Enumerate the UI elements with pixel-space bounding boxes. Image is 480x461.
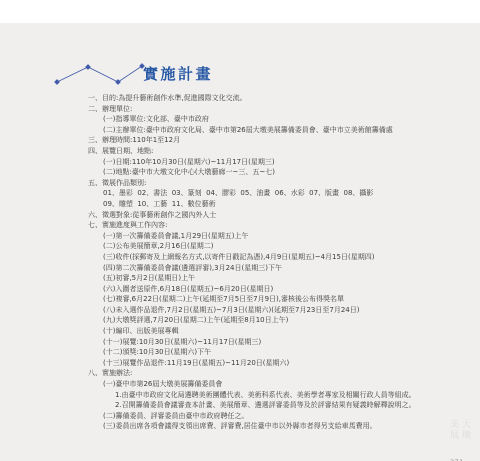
document-line: (十一)展覽:10月30日(星期六)~11月17日(星期三) — [88, 337, 436, 348]
document-line: 二、辦理單位: — [88, 104, 436, 115]
scanned-page: 實施計畫 一、目的:為提升藝術創作水準,促進國際文化交流。二、辦理單位:(一)指… — [0, 23, 480, 461]
zigzag-decoration-icon — [52, 61, 147, 89]
document-line: 四、展覽日期、地點: — [88, 146, 436, 157]
document-line: 七、實施進度與工作內容: — [88, 220, 436, 231]
document-line: 五、徵展作品類別: — [88, 178, 436, 189]
document-line: (七)複審,6月22日(星期二)上午(延期至7月5日至7月9日),審核後公布得獎… — [88, 294, 436, 305]
document-line: (二)地點:臺中市大墩文化中心(大墩藝廊一~三、五~七) — [88, 167, 436, 178]
document-line: (八)未入選作品退件,7月2日(星期五)~7月3日(星期六)(延期至7月23日至… — [88, 305, 436, 316]
document-line: 09、雕塑 10、工藝 11、數位藝術 — [88, 199, 436, 210]
document-line: 三、辦理時間:110年1至12月 — [88, 135, 436, 146]
document-line: 2.召開籌備委員會議審查本計畫、美展簡章、遴選評審委員等及於評審結果有疑義時解釋… — [88, 400, 436, 411]
document-line: (二)主辦單位:臺中市政府文化局、臺中市第26屆大墩美展籌備委員會、臺中市立美術… — [88, 125, 436, 136]
document-line: (十)編印、出版美展專輯 — [88, 326, 436, 337]
document-line: (十二)頒獎:10月30日(星期六)下午 — [88, 347, 436, 358]
document-line: 1.由臺中市政府文化局遴聘美術團體代表、美術科系代表、美術學者專家及相關行政人員… — [88, 390, 436, 401]
document-line: (六)入圍者送原件,6月18日(星期五)~6月20日(星期日) — [88, 284, 436, 295]
document-line: (二)籌備委員、評審委員由臺中市政府聘任之。 — [88, 411, 436, 422]
document-line: (二)公布美展簡章,2月16日(星期二) — [88, 241, 436, 252]
document-line: (一)第一次籌備委員會議,1月29日(星期五)上午 — [88, 231, 436, 242]
document-line: (三)收件(採郵寄及上網報名方式,以寄件日戳記為憑),4月9日(星期五)~4月1… — [88, 252, 436, 263]
document-line: (三)委員出席各項會議得支領出席費、評審費,居住臺中市以外縣市者得另支給車馬費用… — [88, 421, 436, 432]
document-line: (一)日期:110年10月30日(星期六)~11月17日(星期三) — [88, 157, 436, 168]
document-line: 一、目的:為提升藝術創作水準,促進國際文化交流。 — [88, 93, 436, 104]
watermark-stamp: 大墩美展 — [447, 419, 471, 445]
document-line: (一)臺中市第26屆大墩美展籌備委員會 — [88, 379, 436, 390]
document-line: 八、實施辦法: — [88, 368, 436, 379]
document-line: (五)初審,5月2日(星期日)上午 — [88, 273, 436, 284]
document-lines: 一、目的:為提升藝術創作水準,促進國際文化交流。二、辦理單位:(一)指導單位:文… — [88, 93, 436, 432]
document-line: (十三)展覽作品退件:11月19日(星期五)~11月20日(星期六) — [88, 358, 436, 369]
document-line: 六、徵選對象:從事藝術創作之國內外人士 — [88, 210, 436, 221]
page-title: 實施計畫 — [143, 63, 213, 84]
document-line: (四)第二次籌備委員會議(遴選評審),3月24日(星期三)下午 — [88, 263, 436, 274]
document-line: (一)指導單位:文化部、臺中市政府 — [88, 114, 436, 125]
document-line: 01、墨彩 02、書法 03、篆刻 04、膠彩 05、油畫 06、水彩 07、版… — [88, 188, 436, 199]
document-line: (九)大墩獎評選,7月20日(星期二)上午(延期至8月10日上午) — [88, 315, 436, 326]
